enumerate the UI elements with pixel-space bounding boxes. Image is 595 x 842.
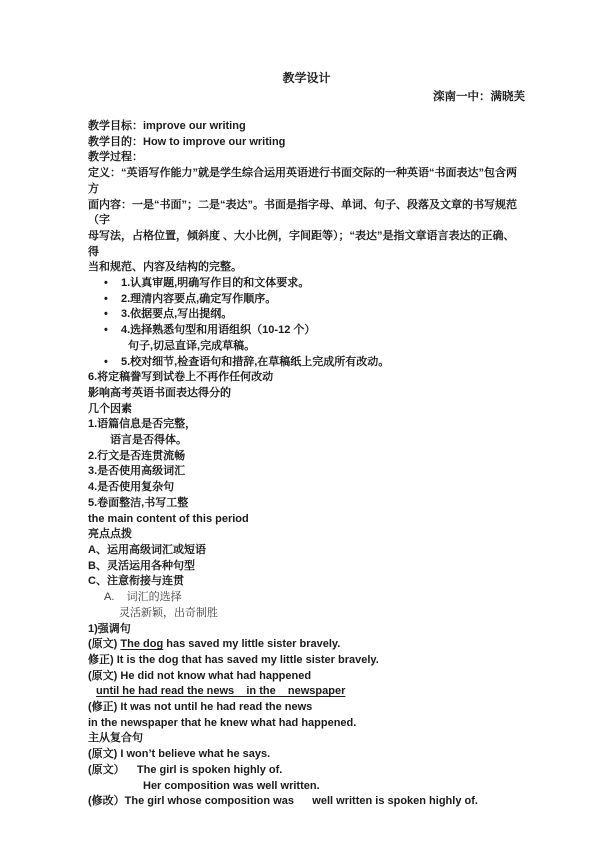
bullet-icon: •: [104, 307, 121, 323]
page-title: 教学设计: [88, 70, 525, 86]
vocab-choice-subheading: A. 词汇的选择: [88, 590, 525, 606]
complex-example2-line-1: (原文） The girl is spoken highly of.: [88, 763, 525, 779]
emphasis-example2-fixed-line-1: (修正) It was not until he had read the ne…: [88, 700, 525, 716]
writing-step-item: •1.认真审题,明确写作目的和文体要求。: [88, 276, 525, 292]
factor-5: 5.卷面整洁,书写工整: [88, 496, 525, 512]
definition-line-1: 定义：“英语写作能力”就是学生综合运用英语进行书面交际的一种英语“书面表达”包含…: [88, 166, 525, 197]
bullet-icon: •: [104, 323, 121, 339]
highlight-point-a: A、运用高级词汇或短语: [88, 543, 525, 559]
bullet-icon: •: [104, 276, 121, 292]
complex-example-fixed: (修改）The girl whose composition was well …: [88, 794, 525, 810]
definition-line-2: 面内容：一是“书面”；二是“表达”。书面是指字母、单词、句子、段落及文章的书写规…: [88, 198, 525, 229]
main-content-line: the main content of this period: [88, 512, 525, 528]
definition-line-3: 母写法，占格位置，倾斜度 、大小比例，字间距等）；“表达”是指文章语言表达的正确…: [88, 229, 525, 260]
factors-intro-line-2: 几个因素: [88, 402, 525, 418]
highlight-title: 亮点点拨: [88, 527, 525, 543]
step-3-text: 3.依据要点,写出提纲。: [121, 308, 232, 320]
emphasis-example2-underlined-clause: until he had read the news in the newspa…: [88, 684, 525, 700]
emphasis-example1-fixed: 修正) It is the dog that has saved my litt…: [88, 653, 525, 669]
step-4-text: 4.选择熟悉句型和用语组织（10-12 个）: [121, 324, 315, 336]
factor-2: 2.行文是否连贯流畅: [88, 449, 525, 465]
vocab-choice-note: 灵活新颖，出奇制胜: [88, 606, 525, 622]
original-label: (原文): [88, 638, 120, 650]
complex-example1: (原文) I won’t believe what he says.: [88, 747, 525, 763]
author-line: 滦南一中：满晓芙: [88, 89, 525, 105]
writing-step-item: •2.理清内容要点,确定写作顺序。: [88, 292, 525, 308]
highlight-point-b: B、灵活运用各种句型: [88, 559, 525, 575]
teaching-goal-line: 教学目标：improve our writing: [88, 119, 525, 135]
step-1-text: 1.认真审题,明确写作目的和文体要求。: [121, 277, 309, 289]
bullet-icon: •: [104, 292, 121, 308]
step-5-text: 5.校对细节,检查语句和措辞,在草稿纸上完成所有改动。: [121, 356, 389, 368]
underlined-clause: until he had read the news in the newspa…: [96, 685, 345, 697]
factor-1-continuation: 语言是否得体。: [88, 433, 525, 449]
emphasis-heading: 1)强调句: [88, 622, 525, 638]
emphasis-example2-original: (原文) He did not know what had happened: [88, 669, 525, 685]
step-2-text: 2.理清内容要点,确定写作顺序。: [121, 293, 276, 305]
writing-step-item: •3.依据要点,写出提纲。: [88, 307, 525, 323]
definition-line-4: 当和规范、内容及结构的完整。: [88, 260, 525, 276]
step-6-line: 6.将定稿誊写到试卷上不再作任何改动: [88, 370, 525, 386]
emphasis-example2-fixed-line-2: in the newspaper that he knew what had h…: [88, 716, 525, 732]
factor-4: 4.是否使用复杂句: [88, 480, 525, 496]
complex-example2-line-2: Her composition was well written.: [88, 779, 525, 795]
highlight-point-c: C、注意衔接与连贯: [88, 574, 525, 590]
example1-rest: has saved my little sister bravely.: [163, 638, 340, 650]
bullet-icon: •: [104, 355, 121, 371]
emphasis-example1-original: (原文) The dog has saved my little sister …: [88, 637, 525, 653]
factor-3: 3.是否使用高级词汇: [88, 464, 525, 480]
writing-step-item: •4.选择熟悉句型和用语组织（10-12 个）: [88, 323, 525, 339]
teaching-aim-line: 教学目的：How to improve our writing: [88, 135, 525, 151]
document-body: 教学设计 滦南一中：满晓芙 教学目标：improve our writing 教…: [0, 0, 595, 810]
writing-step-item: •5.校对细节,检查语句和措辞,在草稿纸上完成所有改动。: [88, 355, 525, 371]
step-4-continuation: 句子,切忌直译,完成草稿。: [88, 339, 525, 355]
document-page: 教学设计 滦南一中：满晓芙 教学目标：improve our writing 教…: [0, 0, 595, 842]
factor-1: 1.语篇信息是否完整，: [88, 417, 525, 433]
underlined-subject: The dog: [120, 638, 163, 650]
complex-sentence-heading: 主从复合句: [88, 731, 525, 747]
factors-intro-line-1: 影响高考英语书面表达得分的: [88, 386, 525, 402]
teaching-process-line: 教学过程：: [88, 150, 525, 166]
